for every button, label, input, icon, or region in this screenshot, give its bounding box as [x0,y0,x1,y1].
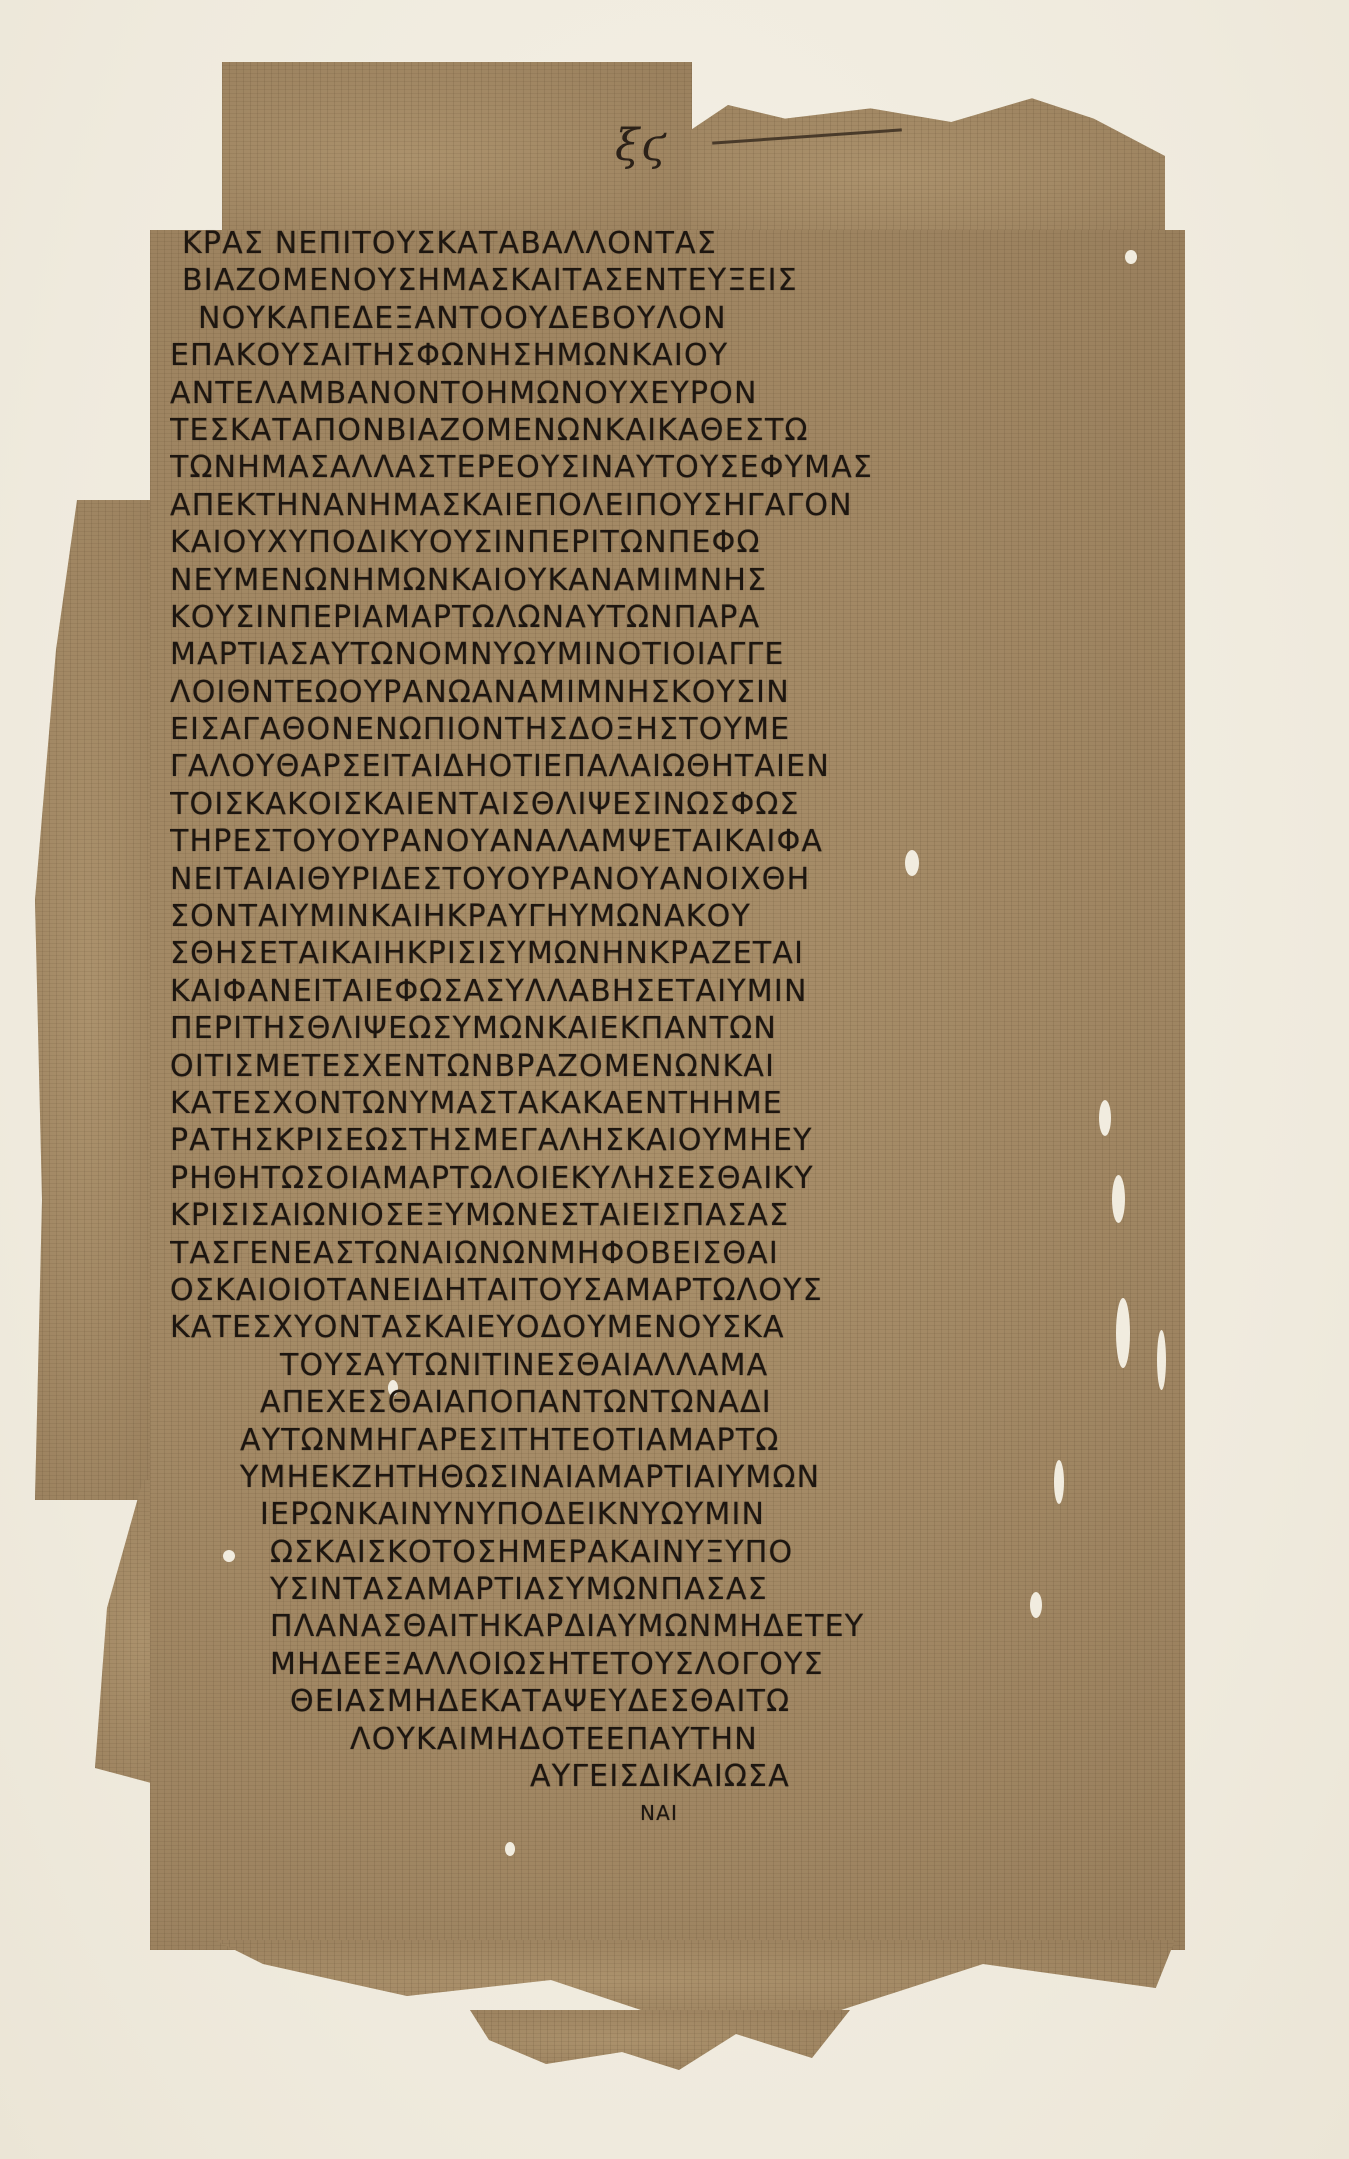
text-line: ΟΙΤΙΣΜΕΤΕΣΧΕΝΤΩΝΒΡΑΖΟΜΕΝΩΝΚΑΙ [170,1048,1100,1085]
text-line: ΚΑΤΕΣΧΟΝΤΩΝΥΜΑΣΤΑΚΑΚΑΕΝΤΗΗΜΕ [170,1085,1100,1122]
text-line: ΒΙΑΖΟΜΕΝΟΥΣΗΜΑΣΚΑΙΤΑΣΕΝΤΕΥΞΕΙΣ [170,262,1100,299]
text-line: ΑΠΕΧΕΣΘΑΙΑΠΟΠΑΝΤΩΝΤΩΝΑΔΙ [170,1384,1100,1421]
text-line: ΕΠΑΚΟΥΣΑΙΤΗΣΦΩΝΗΣΗΜΩΝΚΑΙΟΥ [170,337,1100,374]
papyrus-hole [1157,1330,1166,1390]
text-line: ΚΑΙΟΥΧΥΠΟΔΙΚΥΟΥΣΙΝΠΕΡΙΤΩΝΠΕΦΩ [170,524,1100,561]
text-line: ΣΘΗΣΕΤΑΙΚΑΙΗΚΡΙΣΙΣΥΜΩΝΗΝΚΡΑΖΕΤΑΙ [170,935,1100,972]
papyrus-hole [1116,1298,1130,1368]
text-line: ΡΗΘΗΤΩΣΟΙΑΜΑΡΤΩΛΟΙΕΚΥΛΗΣΕΣΘΑΙΚΥ [170,1160,1100,1197]
text-line: ΣΟΝΤΑΙΥΜΙΝΚΑΙΗΚΡΑΥΓΗΥΜΩΝΑΚΟΥ [170,898,1100,935]
papyrus-hole [1112,1175,1125,1223]
text-line: ΡΑΤΗΣΚΡΙΣΕΩΣΤΗΣΜΕΓΑΛΗΣΚΑΙΟΥΜΗΕΥ [170,1122,1100,1159]
papyrus-hole [1099,1100,1111,1136]
text-line: ΤΗΡΕΣΤΟΥΟΥΡΑΝΟΥΑΝΑΛΑΜΨΕΤΑΙΚΑΙΦΑ [170,823,1100,860]
text-line: ΑΥΓΕΙΣΔΙΚΑΙΩΣΑ [170,1758,1100,1795]
text-line: ΘΕΙΑΣΜΗΔΕΚΑΤΑΨΕΥΔΕΣΘΑΙΤΩ [170,1683,1100,1720]
text-line: ΥΜΗΕΚΖΗΤΗΘΩΣΙΝΑΙΑΜΑΡΤΙΑΙΥΜΩΝ [170,1459,1100,1496]
text-line: ΚΑΤΕΣΧΥΟΝΤΑΣΚΑΙΕΥΟΔΟΥΜΕΝΟΥΣΚΑ [170,1309,1100,1346]
text-line: ΩΣΚΑΙΣΚΟΤΟΣΗΜΕΡΑΚΑΙΝΥΞΥΠΟ [170,1534,1100,1571]
text-line: ΚΡΑΣ ΝΕΠΙΤΟΥΣΚΑΤΑΒΑΛΛΟΝΤΑΣ [170,225,1100,262]
manuscript-text: ΚΡΑΣ ΝΕΠΙΤΟΥΣΚΑΤΑΒΑΛΛΟΝΤΑΣ ΒΙΑΖΟΜΕΝΟΥΣΗΜ… [170,225,1100,1833]
papyrus-hole [1125,250,1137,264]
text-line: ΟΣΚΑΙΟΙΟΤΑΝΕΙΔΗΤΑΙΤΟΥΣΑΜΑΡΤΩΛΟΥΣ [170,1272,1100,1309]
page-number: ξϛ [615,120,668,171]
text-line: ΑΝΤΕΛΑΜΒΑΝΟΝΤΟΗΜΩΝΟΥΧΕΥΡΟΝ [170,375,1100,412]
text-line: ΤΟΙΣΚΑΚΟΙΣΚΑΙΕΝΤΑΙΣΘΛΙΨΕΣΙΝΩΣΦΩΣ [170,786,1100,823]
text-line: ΝΕΙΤΑΙΑΙΘΥΡΙΔΕΣΤΟΥΟΥΡΑΝΟΥΑΝΟΙΧΘΗ [170,861,1100,898]
text-line: ΛΟΥΚΑΙΜΗΔΟΤΕΕΠΑΥΤΗΝ [170,1721,1100,1758]
text-line: ΙΕΡΩΝΚΑΙΝΥΝΥΠΟΔΕΙΚΝΥΩΥΜΙΝ [170,1496,1100,1533]
text-line: ΚΡΙΣΙΣΑΙΩΝΙΟΣΕΞΥΜΩΝΕΣΤΑΙΕΙΣΠΑΣΑΣ [170,1197,1100,1234]
text-line: ΤΑΣΓΕΝΕΑΣΤΩΝΑΙΩΝΩΝΜΗΦΟΒΕΙΣΘΑΙ [170,1235,1100,1272]
text-line: ΠΛΑΝΑΣΘΑΙΤΗΚΑΡΔΙΑΥΜΩΝΜΗΔΕΤΕΥ [170,1608,1100,1645]
text-line: ΛΟΙΘΝΤΕΩΟΥΡΑΝΩΑΝΑΜΙΜΝΗΣΚΟΥΣΙΝ [170,674,1100,711]
text-line: ΚΟΥΣΙΝΠΕΡΙΑΜΑΡΤΩΛΩΝΑΥΤΩΝΠΑΡΑ [170,599,1100,636]
text-line: ΤΕΣΚΑΤΑΠΟΝΒΙΑΖΟΜΕΝΩΝΚΑΙΚΑΘΕΣΤΩ [170,412,1100,449]
text-line: ΝΕΥΜΕΝΩΝΗΜΩΝΚΑΙΟΥΚΑΝΑΜΙΜΝΗΣ [170,562,1100,599]
text-line: ΚΑΙΦΑΝΕΙΤΑΙΕΦΩΣΑΣΥΛΛΑΒΗΣΕΤΑΙΥΜΙΝ [170,973,1100,1010]
text-line: ΥΣΙΝΤΑΣΑΜΑΡΤΙΑΣΥΜΩΝΠΑΣΑΣ [170,1571,1100,1608]
text-line: ΑΥΤΩΝΜΗΓΑΡΕΣΙΤΗΤΕΟΤΙΑΜΑΡΤΩ [170,1422,1100,1459]
text-line: ΜΗΔΕΕΞΑΛΛΟΙΩΣΗΤΕΤΟΥΣΛΟΓΟΥΣ [170,1646,1100,1683]
text-line: ΠΕΡΙΤΗΣΘΛΙΨΕΩΣΥΜΩΝΚΑΙΕΚΠΑΝΤΩΝ [170,1010,1100,1047]
text-line: ΝΟΥΚΑΠΕΔΕΞΑΝΤΟΟΥΔΕΒΟΥΛΟΝ [170,300,1100,337]
text-line: ΑΠΕΚΤΗΝΑΝΗΜΑΣΚΑΙΕΠΟΛΕΙΠΟΥΣΗΓΑΓΟΝ [170,487,1100,524]
text-line: ΜΑΡΤΙΑΣΑΥΤΩΝΟΜΝΥΩΥΜΙΝΟΤΙΟΙΑΓΓΕ [170,636,1100,673]
papyrus-hole [505,1842,515,1856]
text-line: ΤΩΝΗΜΑΣΑΛΛΑΣΤΕΡΕΟΥΣΙΝΑΥΤΟΥΣΕΦΥΜΑΣ [170,449,1100,486]
text-line: ΝΑΙ [170,1795,1100,1832]
text-line: ΕΙΣΑΓΑΘΟΝΕΝΩΠΙΟΝΤΗΣΔΟΞΗΣΤΟΥΜΕ [170,711,1100,748]
text-line: ΓΑΛΟΥΘΑΡΣΕΙΤΑΙΔΗΟΤΙΕΠΑΛΑΙΩΘΗΤΑΙΕΝ [170,748,1100,785]
text-line: ΤΟΥΣΑΥΤΩΝΙΤΙΝΕΣΘΑΙΑΛΛΑΜΑ [170,1347,1100,1384]
